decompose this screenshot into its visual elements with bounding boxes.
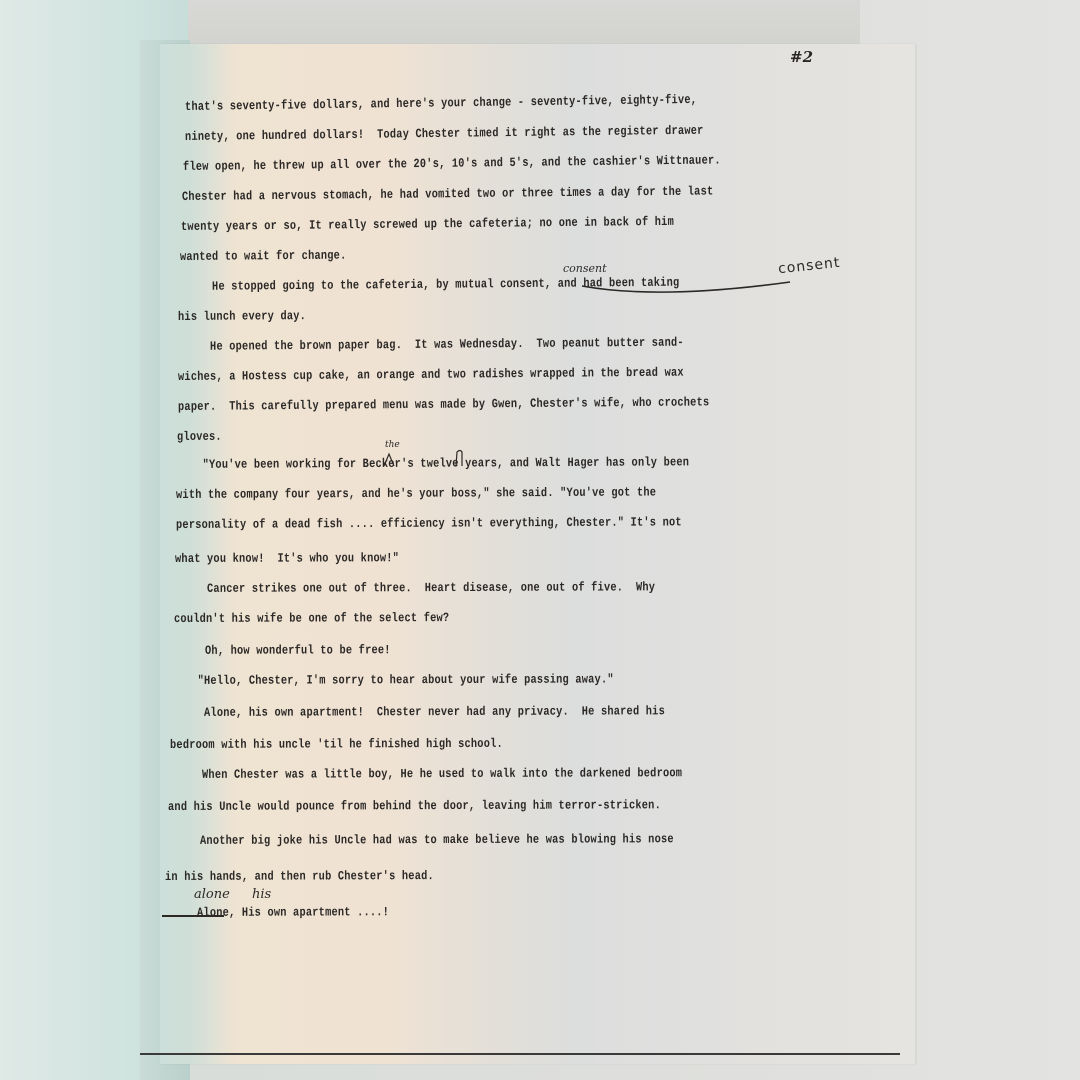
text-line: and his Uncle would pounce from behind t… <box>168 798 661 814</box>
text-line: wanted to wait for change. <box>180 249 347 264</box>
text-line: Oh, how wonderful to be free! <box>173 643 391 658</box>
text-line: personality of a dead fish .... efficien… <box>176 515 682 532</box>
caret-mark <box>382 452 402 468</box>
deletion-mark <box>452 448 468 468</box>
text-line: "Hello, Chester, I'm sorry to hear about… <box>172 672 614 688</box>
text-line: Another big joke his Uncle had was to ma… <box>168 832 674 848</box>
text-line: what you know! It's who you know!" <box>175 551 399 566</box>
text-line: bedroom with his uncle 'til he finished … <box>170 737 503 752</box>
annotation-his: his <box>252 887 271 902</box>
text-line: gloves. <box>177 430 222 444</box>
text-line: Alone, his own apartment! Chester never … <box>172 704 665 720</box>
strikethrough-mark <box>162 915 224 917</box>
text-line: couldn't his wife be one of the select f… <box>174 611 449 626</box>
text-line: Alone, His own apartment ....! <box>165 905 389 920</box>
text-line: in his hands, and then rub Chester's hea… <box>165 869 434 884</box>
underline-mark <box>580 272 800 302</box>
text-line: his lunch every day. <box>178 309 306 324</box>
text-line: When Chester was a little boy, He he use… <box>170 766 682 782</box>
text-line: Cancer strikes one out of three. Heart d… <box>175 580 655 596</box>
page-number: #2 <box>790 48 813 66</box>
text-line: "You've been working for Becker's twelve… <box>177 455 689 472</box>
annotation-the-insert: the <box>385 440 400 450</box>
page-stack-edge <box>188 0 860 46</box>
text-line: with the company four years, and he's yo… <box>176 485 656 502</box>
annotation-alone: alone <box>194 887 230 902</box>
bottom-rule <box>140 1053 900 1055</box>
